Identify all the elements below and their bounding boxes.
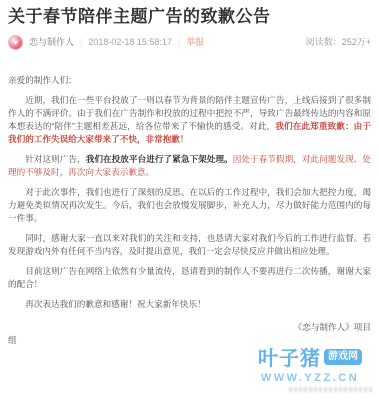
article-paragraph: 对于此次事件，我们也进行了深刻的反思。在以后的工作过程中，我们会加大把控力度，竭… (8, 186, 371, 225)
article-meta: ♥ 恋与制作人 | 2018-02-18 15:58:17 | 举报 阅读数：2… (8, 35, 371, 50)
text-segment: 再次表达我们的歉意和感谢！祝大家新年快乐！ (25, 299, 205, 309)
paragraphs-container: 近期，我们在一些平台投放了一则以春节为背景的陪伴主题宣传广告，上线后接到了很多制… (8, 94, 371, 311)
text-segment: 目前这则广告在网络上依然有少量流传，恳请看到的制作人不要再进行二次传播，谢谢大家… (8, 266, 371, 289)
signature-line-1: 《恋与制作人》项目 (8, 321, 371, 334)
meta-divider: | (80, 35, 82, 50)
article-paragraph: 针对这则广告，我们在投放平台进行了紧急下架处理。因处于春节假期，对此问题发现、处… (8, 153, 371, 179)
text-segment: 同时，感谢大家一直以来对我们的关注和支持，也恳请大家对我们今后的工作进行监督。若… (8, 233, 371, 256)
text-segment: 对于此次事件，我们也进行了深刻的反思。在以后的工作过程中，我们会加大把控力度，竭… (8, 187, 371, 223)
greeting-line: 亲爱的制作人们： (8, 74, 371, 87)
article-paragraph: 同时，感谢大家一直以来对我们的关注和支持，也恳请大家对我们今后的工作进行监督。若… (8, 232, 371, 258)
author-avatar[interactable]: ♥ (8, 35, 23, 50)
watermark-logo-row: 叶子猪 游戏网 (247, 342, 373, 371)
watermark-url: WWW.YZZ.CN (247, 372, 373, 384)
publish-timestamp: 2018-02-18 15:58:17 (88, 35, 172, 50)
heart-icon: ♥ (13, 39, 18, 47)
meta-divider: | (178, 35, 180, 50)
article-paragraph: 再次表达我们的歉意和感谢！祝大家新年快乐！ (8, 298, 371, 311)
page-title: 关于春节陪伴主题广告的致歉公告 (8, 6, 371, 28)
watermark-badge: 游戏网 (324, 349, 362, 365)
author-name[interactable]: 恋与制作人 (29, 35, 74, 50)
text-segment: 针对这则广告， (25, 154, 86, 164)
text-segment: 我们在投放平台进行了紧急下架处理。 (86, 154, 233, 164)
report-link[interactable]: 举报 (186, 35, 204, 50)
announcement-page: 关于春节陪伴主题广告的致歉公告 ♥ 恋与制作人 | 2018-02-18 15:… (0, 0, 379, 400)
watermark-brand-text: 叶子猪 (258, 342, 321, 371)
site-watermark: 叶子猪 游戏网 WWW.YZZ.CN (247, 342, 373, 392)
watermark-slogan-blur (289, 387, 373, 392)
article-paragraph: 近期，我们在一些平台投放了一则以春节为背景的陪伴主题宣传广告，上线后接到了很多制… (8, 94, 371, 146)
article-body: 亲爱的制作人们： 近期，我们在一些平台投放了一则以春节为背景的陪伴主题宣传广告，… (8, 74, 371, 347)
article-paragraph: 目前这则广告在网络上依然有少量流传，恳请看到的制作人不要再进行二次传播，谢谢大家… (8, 265, 371, 291)
read-count: 阅读数：252万+ (306, 35, 371, 50)
